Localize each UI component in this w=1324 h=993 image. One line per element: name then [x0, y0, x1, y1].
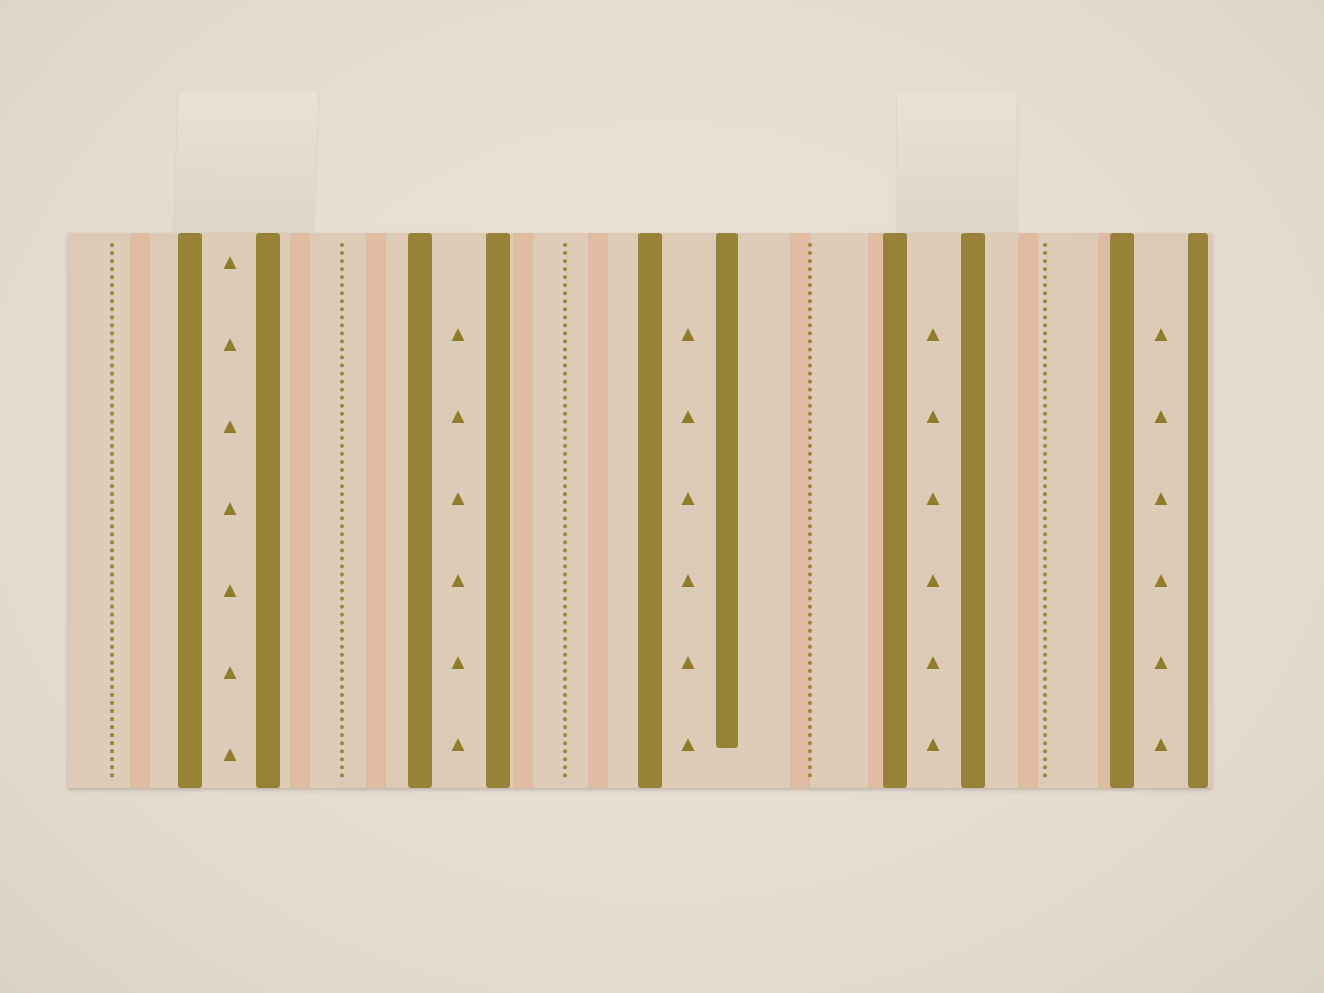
arrow-motif: ▲	[1150, 651, 1172, 673]
vine-motif	[1043, 243, 1057, 778]
arrow-motif: ▲	[447, 733, 469, 755]
olive-stripe	[178, 233, 202, 788]
arrow-motif: ▲	[447, 487, 469, 509]
arrow-motif: ▲	[447, 323, 469, 345]
arrow-motif: ▲	[219, 743, 241, 765]
vine-motif	[110, 243, 124, 778]
olive-stripe	[256, 233, 280, 788]
arrow-motif: ▲	[1150, 569, 1172, 591]
hinge-tape-right	[897, 93, 1017, 234]
arrow-motif: ▲	[1150, 733, 1172, 755]
olive-stripe	[1110, 233, 1134, 788]
hinge-tape-left	[174, 92, 319, 234]
arrow-motif: ▲	[447, 651, 469, 673]
arrow-motif: ▲	[922, 733, 944, 755]
arrow-motif: ▲	[922, 569, 944, 591]
arrow-motif: ▲	[219, 661, 241, 683]
vine-motif	[808, 243, 822, 778]
arrow-motif: ▲	[677, 405, 699, 427]
pink-stripe	[1018, 233, 1038, 788]
pink-stripe	[130, 233, 150, 788]
arrow-motif: ▲	[922, 405, 944, 427]
olive-stripe	[883, 233, 907, 788]
arrow-motif: ▲	[219, 579, 241, 601]
arrow-motif: ▲	[677, 569, 699, 591]
arrow-motif: ▲	[447, 569, 469, 591]
arrow-motif: ▲	[677, 323, 699, 345]
olive-stripe	[486, 233, 510, 788]
olive-stripe	[408, 233, 432, 788]
arrow-motif: ▲	[1150, 323, 1172, 345]
arrow-motif: ▲	[447, 405, 469, 427]
arrow-motif: ▲	[1150, 405, 1172, 427]
pink-stripe	[513, 233, 533, 788]
pink-stripe	[588, 233, 608, 788]
olive-stripe	[961, 233, 985, 788]
arrow-motif: ▲	[677, 651, 699, 673]
pink-stripe	[366, 233, 386, 788]
vine-motif	[563, 243, 577, 778]
arrow-motif: ▲	[219, 497, 241, 519]
olive-stripe	[1188, 233, 1208, 788]
arrow-motif: ▲	[1150, 487, 1172, 509]
arrow-motif: ▲	[219, 415, 241, 437]
arrow-motif: ▲	[922, 651, 944, 673]
olive-stripe	[716, 233, 738, 748]
vine-motif	[340, 243, 354, 778]
pink-stripe	[290, 233, 310, 788]
arrow-motif: ▲	[922, 323, 944, 345]
arrow-motif: ▲	[922, 487, 944, 509]
arrow-motif: ▲	[219, 333, 241, 355]
arrow-motif: ▲	[219, 251, 241, 273]
pink-stripe	[790, 233, 810, 788]
arrow-motif: ▲	[677, 733, 699, 755]
arrow-motif: ▲	[677, 487, 699, 509]
wallpaper-fragment: ▲ ▲ ▲ ▲ ▲ ▲ ▲ ▲ ▲ ▲ ▲ ▲ ▲ ▲ ▲ ▲ ▲ ▲ ▲ ▲ …	[68, 233, 1212, 788]
olive-stripe	[638, 233, 662, 788]
